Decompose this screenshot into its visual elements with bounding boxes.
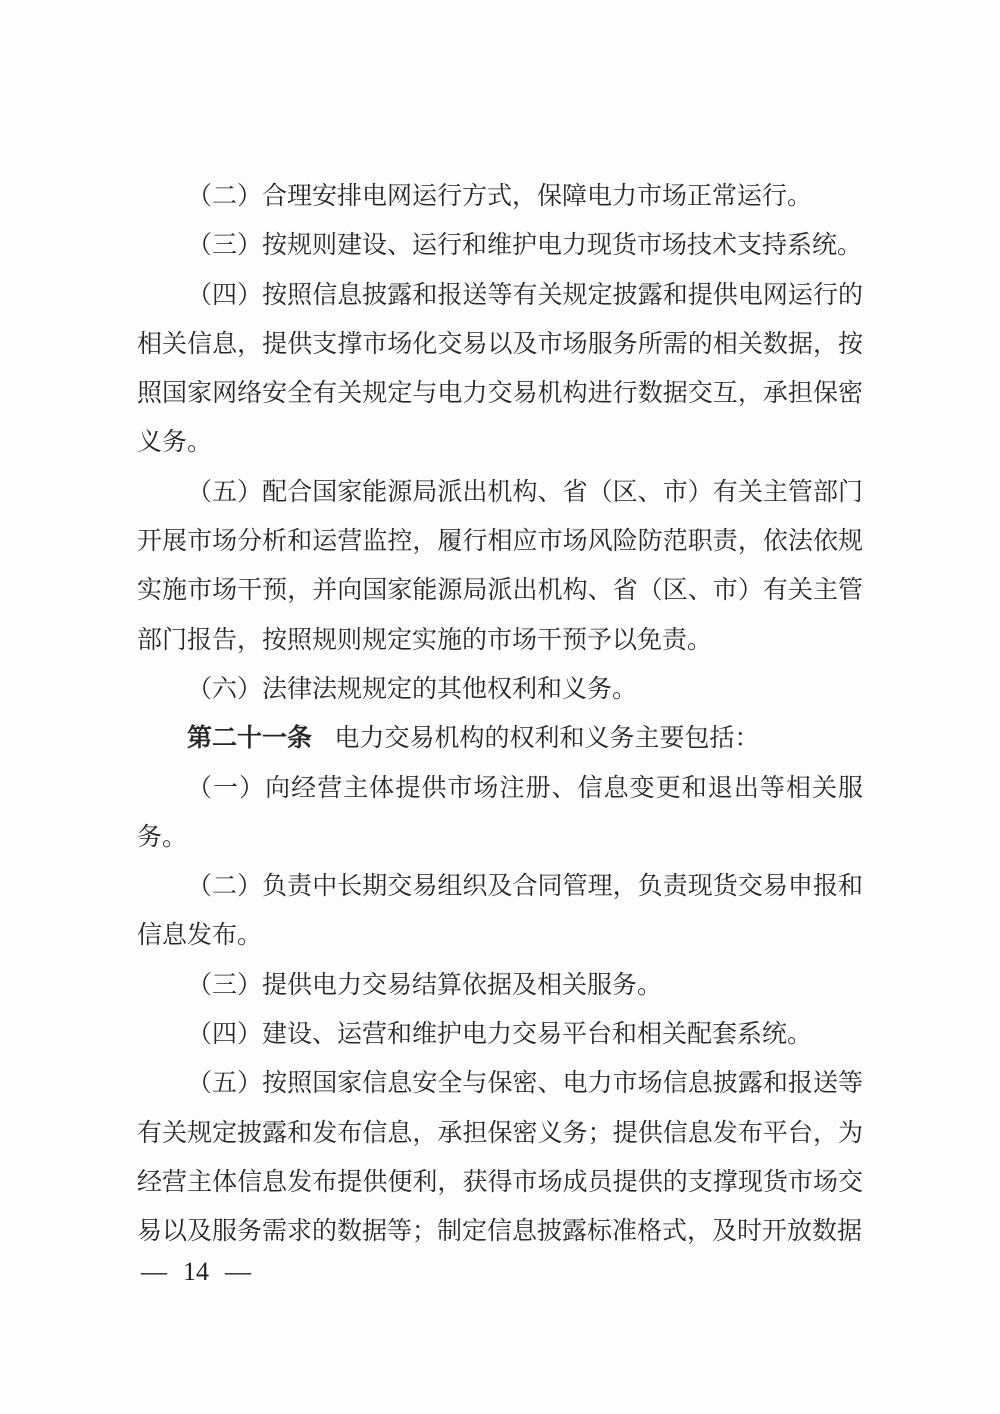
paragraph: （一）向经营主体提供市场注册、信息变更和退出等相关服务。 [137, 764, 863, 863]
footer-dash-right: — [225, 1255, 251, 1289]
paragraph: （四）按照信息披露和报送等有关规定披露和提供电网运行的相关信息，提供支撑市场化交… [137, 271, 863, 468]
paragraph: （四）建设、运营和维护电力交易平台和相关配套系统。 [137, 1010, 863, 1059]
page-number: 14 [183, 1255, 209, 1289]
footer-dash-left: — [141, 1255, 167, 1289]
paragraph: （二）合理安排电网运行方式，保障电力市场正常运行。 [137, 172, 863, 221]
document-body: （二）合理安排电网运行方式，保障电力市场正常运行。 （三）按规则建设、运行和维护… [137, 172, 863, 1257]
paragraph: （二）负责中长期交易组织及合同管理，负责现货交易申报和信息发布。 [137, 862, 863, 961]
paragraph: （六）法律法规规定的其他权利和义务。 [137, 665, 863, 714]
paragraph: （三）按规则建设、运行和维护电力现货市场技术支持系统。 [137, 221, 863, 270]
paragraph: （三）提供电力交易结算依据及相关服务。 [137, 961, 863, 1010]
paragraph: （五）按照国家信息安全与保密、电力市场信息披露和报送等有关规定披露和发布信息，承… [137, 1059, 863, 1256]
page-footer: — 14 — [141, 1255, 251, 1289]
article-heading-paragraph: 第二十一条电力交易机构的权利和义务主要包括： [137, 714, 863, 763]
article-heading-text: 电力交易机构的权利和义务主要包括： [335, 725, 760, 752]
paragraph: （五）配合国家能源局派出机构、省（区、市）有关主管部门开展市场分析和运营监控，履… [137, 468, 863, 665]
article-number: 第二十一条 [187, 725, 312, 752]
document-page: （二）合理安排电网运行方式，保障电力市场正常运行。 （三）按规则建设、运行和维护… [0, 0, 1000, 1414]
